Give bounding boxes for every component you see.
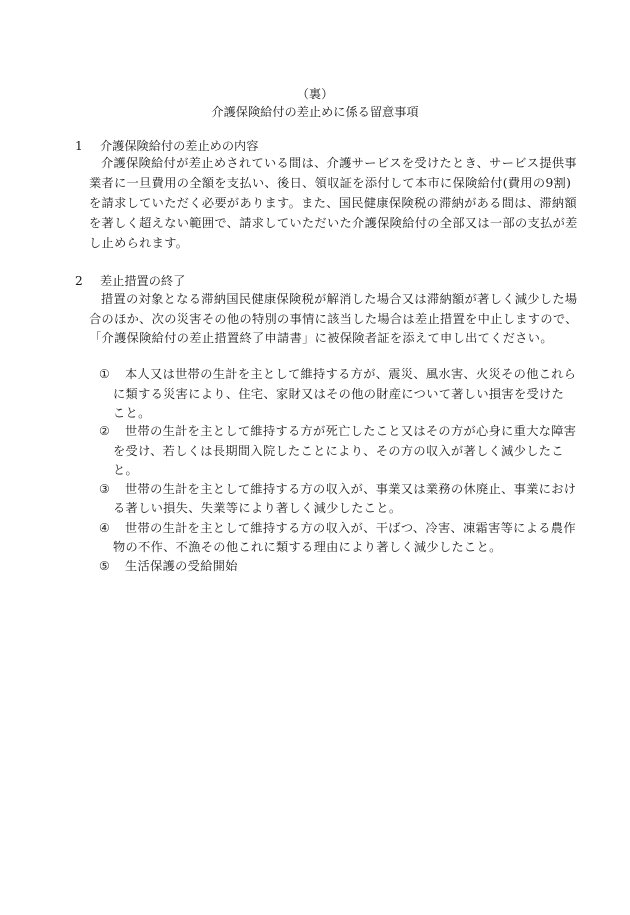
item-line: に類する災害により、住宅、家財又はその他の財産について著しい損害を受けた — [113, 386, 564, 402]
item-line: 世帯の生計を主として維持する方が死亡したこと又はその方が心身に重大な障害 — [125, 423, 576, 439]
section-number: 2 — [75, 273, 95, 289]
item-line: こと。 — [113, 405, 151, 421]
section-heading: 1介護保険給付の差止めの内容 — [75, 138, 258, 154]
item-line: る著しい損失、失業等により著しく減少したこと。 — [113, 500, 401, 516]
item-marker: ③ — [99, 481, 110, 497]
section-heading-text: 介護保険給付の差止めの内容 — [100, 139, 258, 153]
paragraph-line: 介護保険給付が差止めされている間は、介護サービスを受けたとき、サービス提供事 — [101, 155, 577, 171]
item-line: を受け、若しくは長期間入院したことにより、その方の収入が著しく減少したこ — [113, 443, 564, 459]
item-marker: ② — [99, 423, 110, 439]
paragraph-line: 措置の対象となる滞納国民健康保険税が解消した場合又は滞納額が著しく減少した場 — [101, 291, 577, 307]
item-marker: ⑤ — [99, 558, 110, 574]
item-line: と。 — [113, 462, 138, 478]
item-marker: ④ — [99, 520, 110, 536]
item-marker: ① — [99, 366, 110, 382]
item-line: 世帯の生計を主として維持する方の収入が、事業又は業務の休廃止、事業におけ — [125, 481, 576, 497]
item-line: 物の不作、不漁その他これに類する理由により著しく減少したこと。 — [113, 539, 502, 555]
item-line: 本人又は世帯の生計を主として維持する方が、震災、風水害、火災その他これら — [125, 366, 576, 382]
document-page: （裏） 介護保険給付の差止めに係る留意事項 1介護保険給付の差止めの内容 介護保… — [0, 0, 630, 915]
document-title: 介護保険給付の差止めに係る留意事項 — [0, 104, 630, 120]
side-label: （裏） — [0, 86, 630, 102]
paragraph-line: し止められます。 — [89, 235, 188, 251]
section-heading: 2差止措置の終了 — [75, 273, 185, 289]
paragraph-line: を請求していただく必要があります。また、国民健康保険税の滞納がある間は、滞納額 — [89, 195, 577, 211]
paragraph-line: 合のほか、次の災害その他の特別の事情に該当した場合は差止措置を中止しますので、 — [89, 311, 578, 327]
paragraph-line: 業者に一旦費用の全額を支払い、後日、領収証を添付して本市に保険給付(費用の9割) — [89, 175, 571, 191]
section-number: 1 — [75, 138, 95, 154]
section-heading-text: 差止措置の終了 — [100, 274, 185, 288]
item-line: 世帯の生計を主として維持する方の収入が、干ばつ、冷害、凍霜害等による農作 — [125, 520, 576, 536]
paragraph-line: 「介護保険給付の差止措置終了申請書」に被保険者証を添えて申し出てください。 — [89, 330, 553, 346]
paragraph-line: を著しく超えない範囲で、請求していただいた介護保険給付の全部又は一部の支払が差 — [89, 215, 578, 231]
item-line: 生活保護の受給開始 — [125, 558, 238, 574]
